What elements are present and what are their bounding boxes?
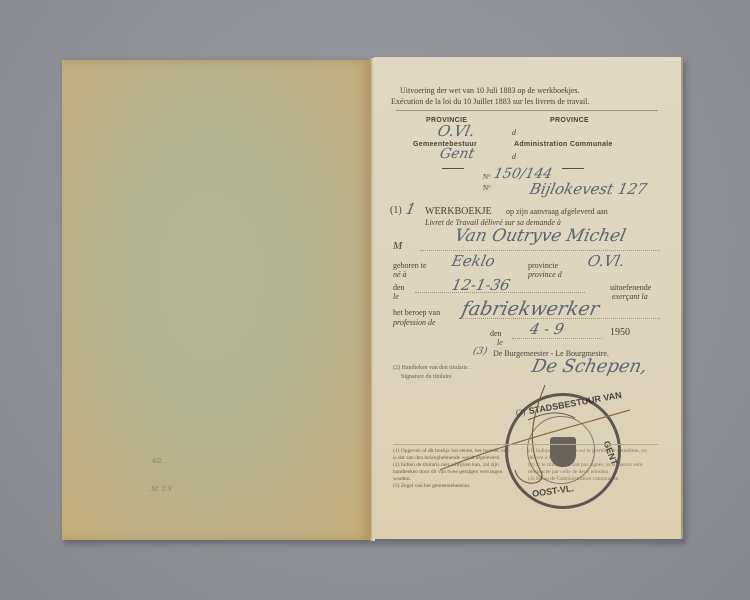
footnote-rule xyxy=(393,444,658,445)
footnote-nl-3: (3) Zegel van het gemeentebestuur. xyxy=(393,483,511,490)
footnote-fr-3: (3) Sceau de l'administration communale. xyxy=(528,476,658,483)
footnote-nl-1: (1) Opgeven of dit boekje het eerste, he… xyxy=(393,448,511,462)
footnotes-french: (1) Indiquer si le livret est le premier… xyxy=(528,448,658,483)
footnotes-dutch: (1) Opgeven of dit boekje het eerste, he… xyxy=(393,448,511,490)
footnote-fr-2: (2) Si le titulaire ne sait pas signer, … xyxy=(528,462,658,476)
handwritten-signature-stroke xyxy=(0,0,750,600)
footnote-nl-2: (2) Indien de titularis niet schrijven k… xyxy=(393,462,511,483)
footnote-fr-1: (1) Indiquer si le livret est le premier… xyxy=(528,448,658,462)
